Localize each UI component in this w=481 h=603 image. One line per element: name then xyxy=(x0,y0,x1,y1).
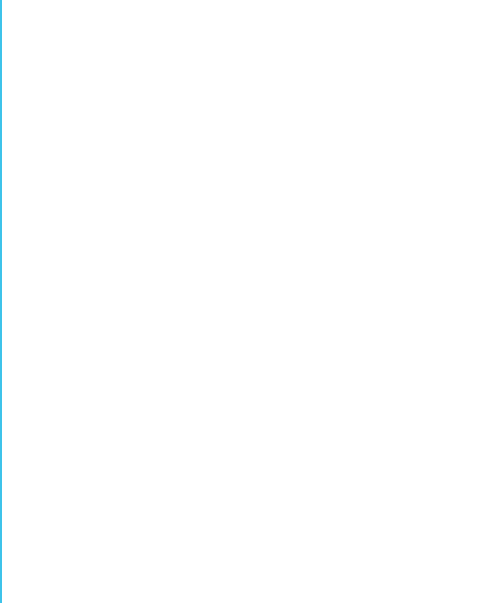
page-edge-rule xyxy=(0,0,2,603)
